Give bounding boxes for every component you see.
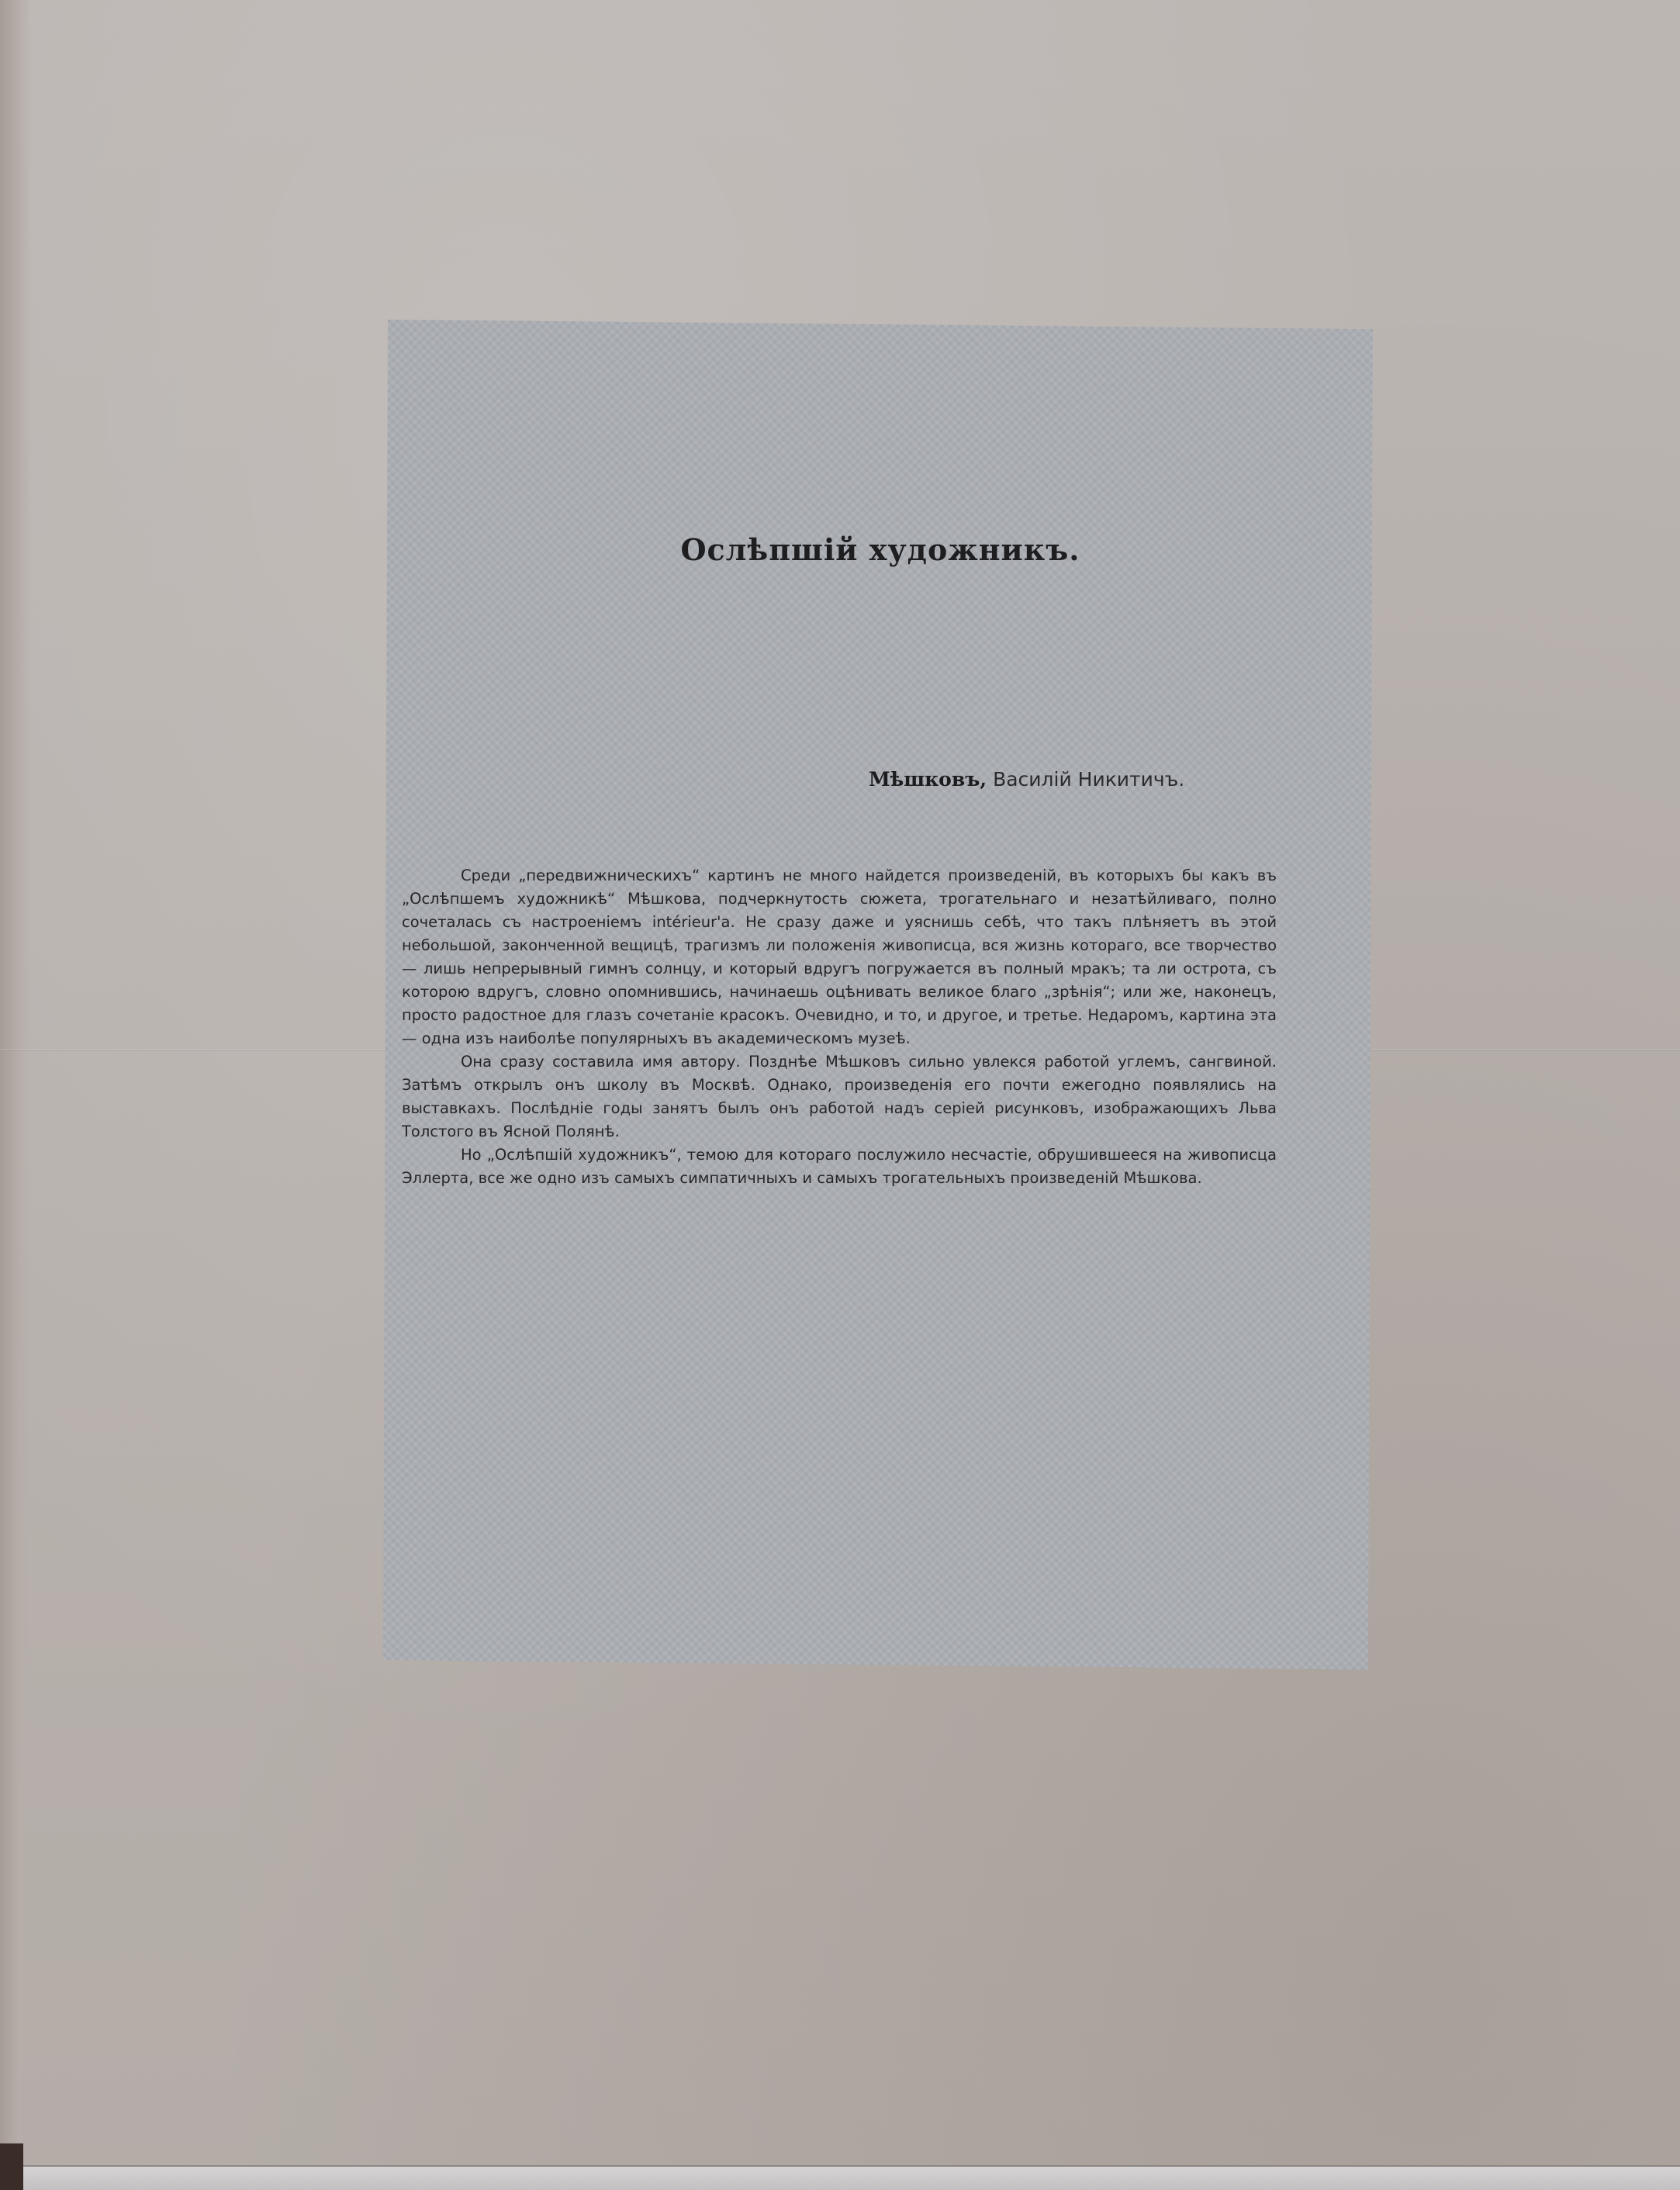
- background-gap: [0, 2143, 23, 2190]
- author-given-names: Василій Никитичъ.: [993, 768, 1184, 791]
- paragraph: Она сразу составила имя автору. Позднѣе …: [402, 1050, 1277, 1143]
- paragraph: Но „Ослѣпшій художникъ“, темою для котор…: [402, 1143, 1277, 1190]
- author-line: Мѣшковъ, Василій Никитичъ.: [869, 768, 1184, 791]
- worn-left-edge: [0, 0, 31, 2190]
- paragraph: Среди „передвижническихъ“ картинъ не мно…: [402, 864, 1277, 1050]
- torn-bottom-edge: [23, 2165, 1680, 2190]
- page-title: Ослѣпшій художникъ.: [388, 532, 1373, 567]
- author-surname: Мѣшковъ,: [869, 768, 987, 791]
- paper-sheet: Ослѣпшій художникъ. Мѣшковъ, Василій Ник…: [0, 0, 1680, 2190]
- article-body: Среди „передвижническихъ“ картинъ не мно…: [402, 864, 1277, 1190]
